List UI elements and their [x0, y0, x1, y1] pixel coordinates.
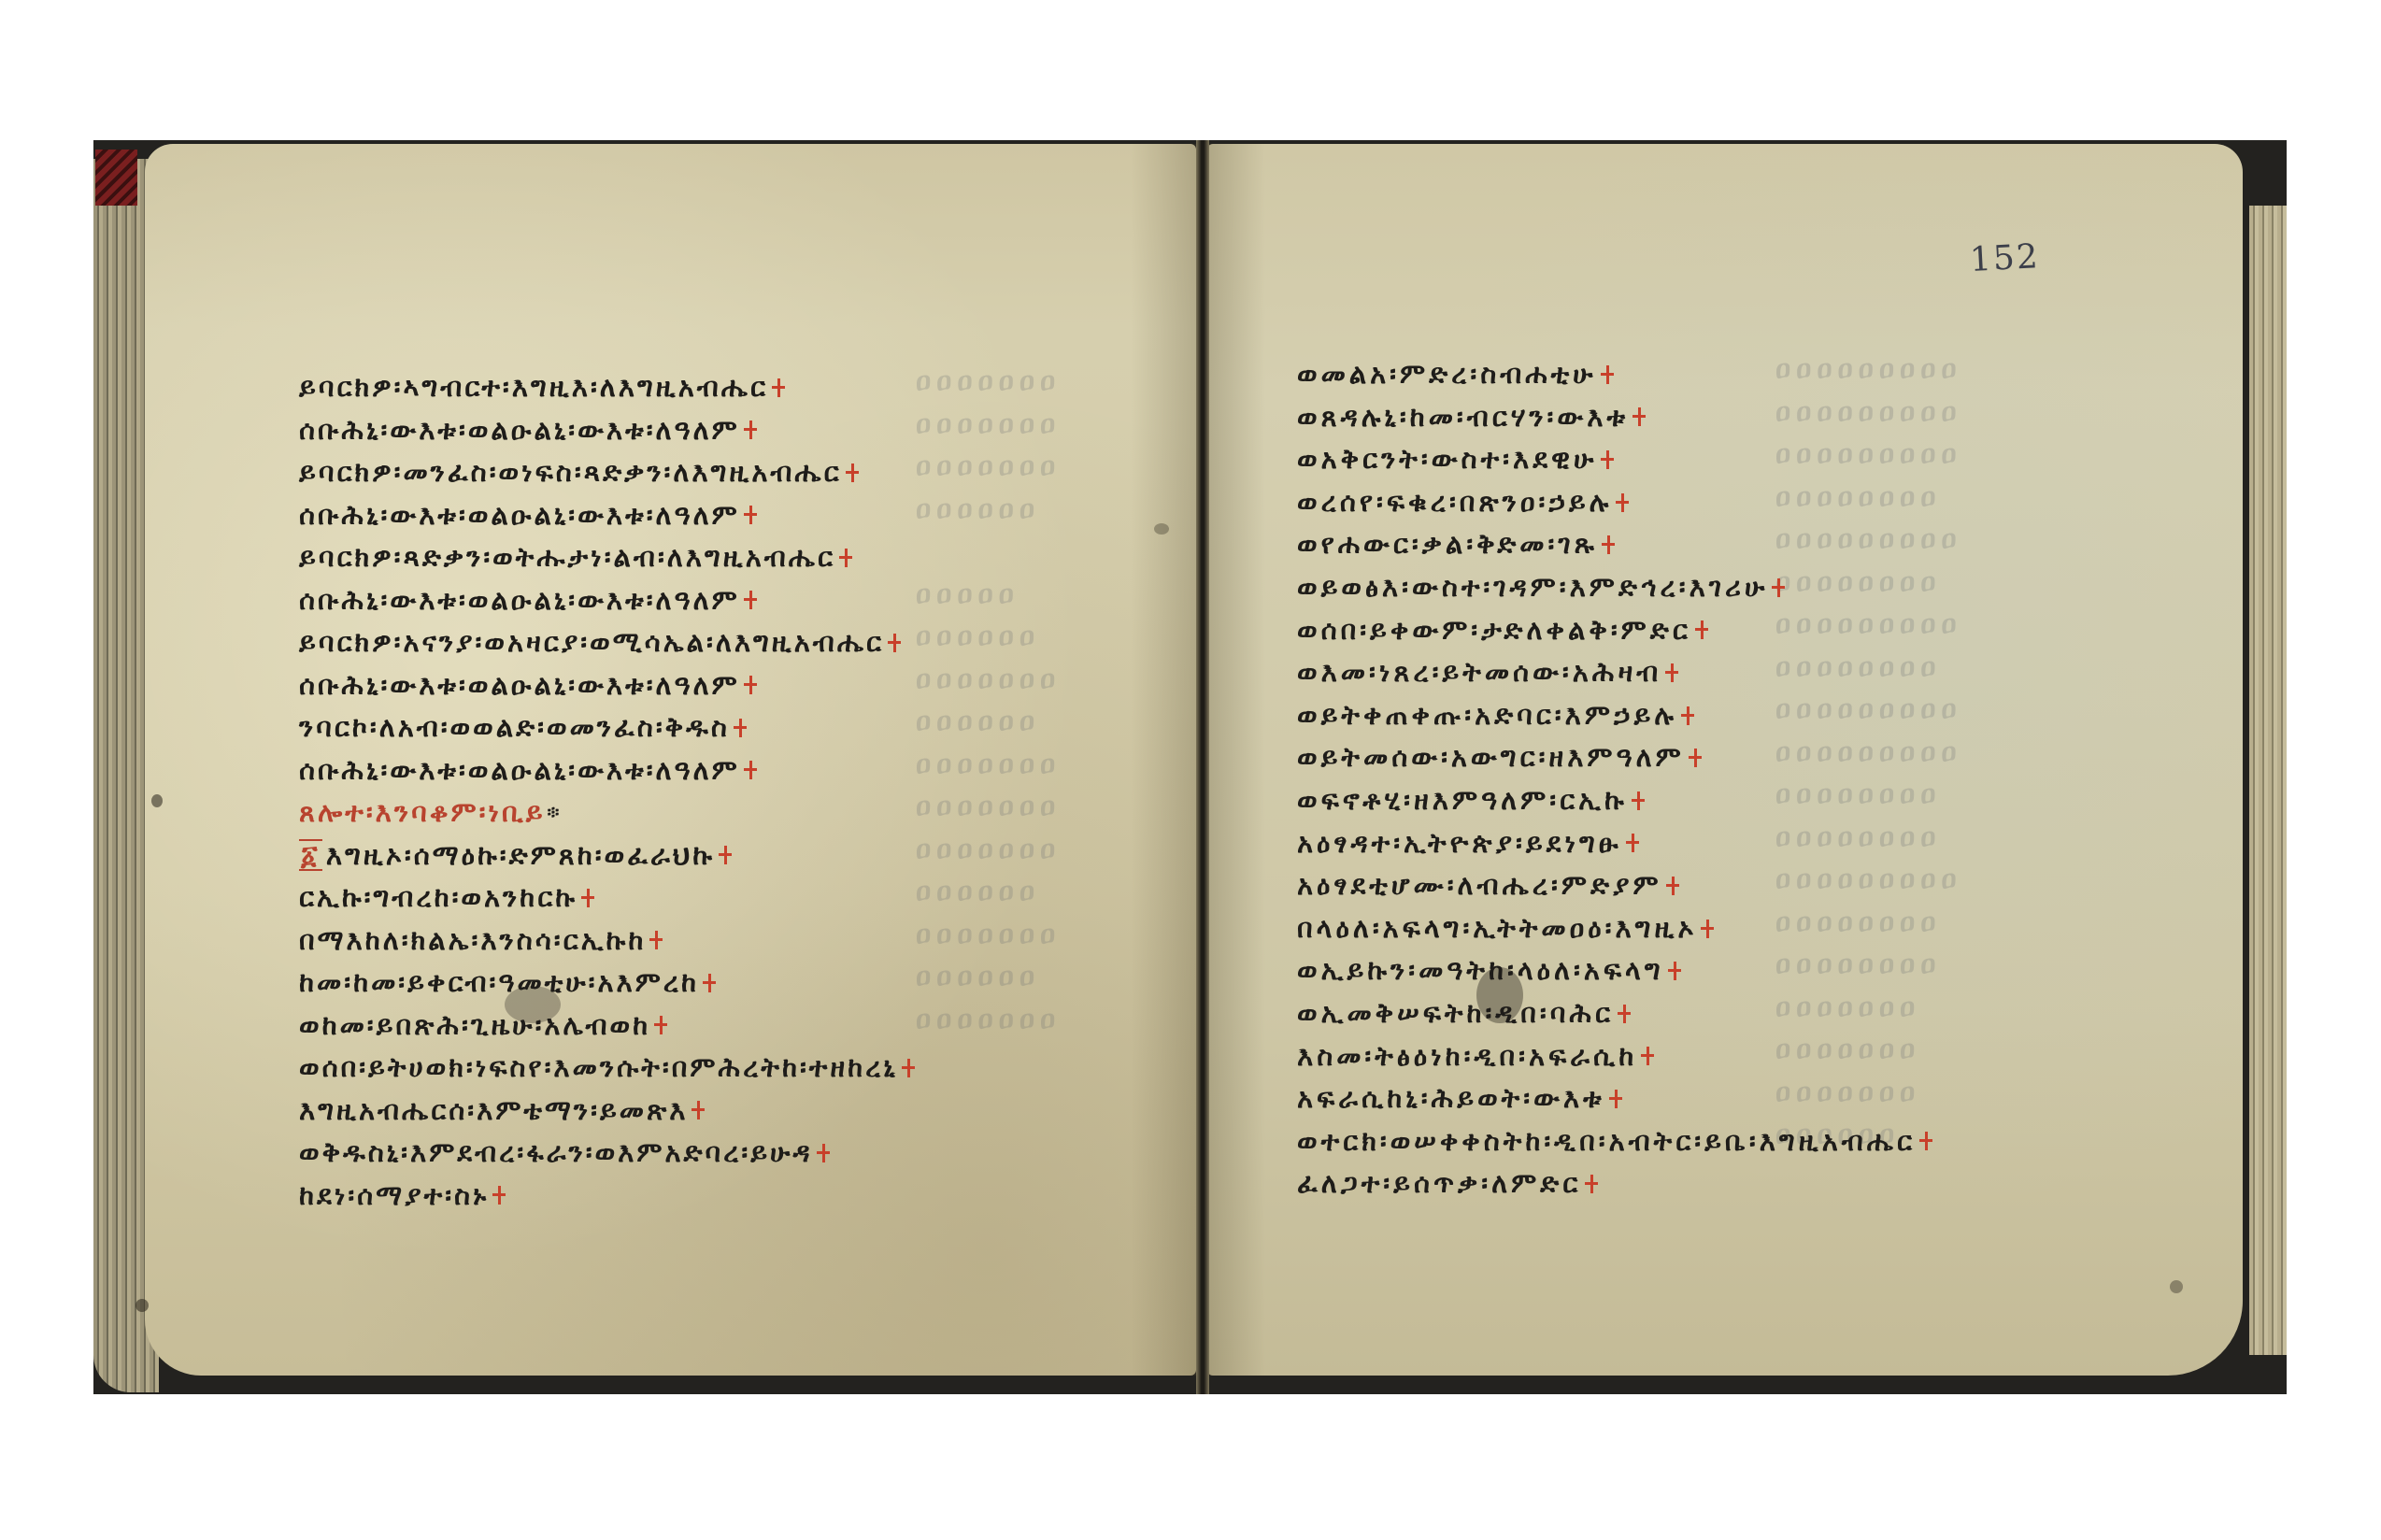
cross-punctuation-icon [839, 549, 852, 567]
text-line: ወከመ፡ይበጽሕ፡ጊዜሁ፡አሌብወከ [299, 1005, 915, 1048]
cross-punctuation-icon [649, 931, 663, 949]
cross-punctuation-icon [654, 1016, 667, 1034]
rubric-text: ጸሎተ፡እንባቆም፡ነቢይ [299, 791, 546, 834]
text-line: ይባርክዎ፡ጻድቃን፡ወትሑታነ፡ልብ፡ለእግዚአብሔር [299, 536, 915, 579]
cross-punctuation-icon [1601, 450, 1614, 469]
folio-number: 152 [1969, 237, 2041, 279]
text-line: ይባርክዎ፡ኣግብርተ፡እግዚእ፡ለእግዚአብሔር [299, 366, 915, 409]
text-line: አዕፃዳተ፡ኢትዮጵያ፡ይደነግፁ [1297, 822, 1932, 865]
cross-punctuation-icon [492, 1186, 506, 1205]
gutter-shadow-left [1131, 144, 1196, 1376]
cross-punctuation-icon [744, 591, 757, 609]
ink-spot [151, 794, 163, 807]
line-text: ወእመ፡ነጸረ፡ይትመሰው፡አሕዛብ [1297, 651, 1661, 694]
text-line: ወእመ፡ነጸረ፡ይትመሰው፡አሕዛብ [1297, 651, 1932, 694]
line-text: ሰቡሕኒ፡ውእቱ፡ወልዑልኒ፡ውእቱ፡ለዓለም [299, 494, 740, 537]
line-text: ወይትመሰው፡አውግር፡ዘእምዓለም [1297, 736, 1685, 779]
cross-punctuation-icon [744, 421, 757, 439]
cross-punctuation-icon [719, 846, 732, 864]
cross-punctuation-icon [1641, 1047, 1654, 1065]
text-line: ሰቡሕኒ፡ውእቱ፡ወልዑልኒ፡ውእቱ፡ለዓለም [299, 664, 915, 707]
line-text: ይባርክዎ፡ኣግብርተ፡እግዚእ፡ለእግዚአብሔር [299, 366, 768, 409]
line-text: አዕፃዳተ፡ኢትዮጵያ፡ይደነግፁ [1297, 822, 1622, 865]
book-gutter [1196, 140, 1209, 1394]
line-text: ወይወፅእ፡ውስተ፡ገዳም፡እምድኅረ፡እገሪሁ [1297, 566, 1768, 609]
line-text: ወጸዳሉኒ፡ከመ፡ብርሃን፡ውእቱ [1297, 396, 1629, 439]
text-line: በላዕለ፡አፍላግ፡ኢትትመዐዕ፡እግዚኦ [1297, 907, 1932, 950]
section-end-glyph: ፨ [548, 791, 563, 834]
rubric-heading: ጸሎተ፡እንባቆም፡ነቢይ፨ [299, 791, 915, 834]
cross-punctuation-icon [1681, 706, 1694, 725]
text-line: ወጸዳሉኒ፡ከመ፡ብርሃን፡ውእቱ [1297, 396, 1932, 439]
line-text: ይባርክዎ፡ጻድቃን፡ወትሑታነ፡ልብ፡ለእግዚአብሔር [299, 536, 835, 579]
line-text: ወኢይኩን፡መዓትከ፡ላዕለ፡አፍላግ [1297, 949, 1664, 992]
text-line: ርኢኩ፡ግብረከ፡ወአንከርኩ [299, 877, 915, 920]
line-text: ወተርክ፡ወሠቀቀስትከ፡ዲበ፡አብትር፡ይቤ፡እግዚአብሔር [1297, 1120, 1916, 1163]
line-text: አፍራሲከኒ፡ሕይወት፡ውእቱ [1297, 1077, 1605, 1120]
line-text: ሰቡሕኒ፡ውእቱ፡ወልዑልኒ፡ውእቱ፡ለዓለም [299, 749, 740, 792]
ink-spot [1154, 523, 1169, 535]
cross-punctuation-icon [1626, 834, 1639, 852]
line-text: ፈለጋተ፡ይሰጥቃ፡ለምድር [1297, 1162, 1581, 1205]
line-text: ከደነ፡ሰማያተ፡ስኑ [299, 1175, 489, 1218]
line-text: ወአቅርንት፡ውስተ፡እደዊሁ [1297, 438, 1597, 481]
cross-punctuation-icon [1695, 620, 1708, 639]
text-line: ሰቡሕኒ፡ውእቱ፡ወልዑልኒ፡ውእቱ፡ለዓለም [299, 494, 915, 537]
line-text: ወቅዱስኒ፡እምደብረ፡ፋራን፡ወእምአድባረ፡ይሁዳ [299, 1132, 813, 1175]
text-line: ወይትመሰው፡አውግር፡ዘእምዓለም [1297, 736, 1932, 779]
line-text: ወመልአ፡ምድረ፡ስብሐቲሁ [1297, 353, 1597, 396]
cross-punctuation-icon [1701, 920, 1714, 938]
line-text: ንባርኮ፡ለአብ፡ወወልድ፡ወመንፈስ፡ቅዱስ [299, 706, 730, 749]
cross-punctuation-icon [1601, 365, 1614, 384]
text-line: ወቅዱስኒ፡እምደብረ፡ፋራን፡ወእምአድባረ፡ይሁዳ [299, 1132, 915, 1175]
text-line: ወፍኖቶሂ፡ዘእምዓለም፡ርኢኩ [1297, 779, 1932, 822]
cross-punctuation-icon [1919, 1132, 1932, 1150]
cross-punctuation-icon [1616, 493, 1629, 512]
text-line: ወተርክ፡ወሠቀቀስትከ፡ዲበ፡አብትር፡ይቤ፡እግዚአብሔር [1297, 1120, 1932, 1163]
text-line: ከደነ፡ሰማያተ፡ስኑ [299, 1175, 915, 1218]
cross-punctuation-icon [1665, 663, 1678, 682]
text-line: ወረሰየ፡ፍቁረ፡በጽንዐ፡ኃይሉ [1297, 481, 1932, 524]
cross-punctuation-icon [1609, 1090, 1622, 1108]
line-text: ወየሐውር፡ቃል፡ቅድመ፡ገጹ [1297, 523, 1598, 566]
cross-punctuation-icon [734, 719, 747, 737]
left-page-text: ይባርክዎ፡ኣግብርተ፡እግዚእ፡ለእግዚአብሔር ሰቡሕኒ፡ውእቱ፡ወልዑልኒ… [299, 366, 915, 1217]
text-line: ከመ፡ከመ፡ይቀርብ፡ዓመቲሁ፡አእምረከ [299, 962, 915, 1005]
line-text: ይባርክዎ፡አናንያ፡ወአዛርያ፡ወሚሳኤል፡ለእግዚአብሔር [299, 621, 884, 664]
text-line: ወይወፅእ፡ውስተ፡ገዳም፡እምድኅረ፡እገሪሁ [1297, 566, 1932, 609]
verse-number: ፩ [299, 839, 322, 871]
cross-punctuation-icon [1632, 791, 1645, 810]
text-line: አፍራሲከኒ፡ሕይወት፡ውእቱ [1297, 1077, 1932, 1120]
cross-punctuation-icon [744, 761, 757, 779]
line-text: ሰቡሕኒ፡ውእቱ፡ወልዑልኒ፡ውእቱ፡ለዓለም [299, 664, 740, 707]
ink-spot [135, 1299, 149, 1312]
text-line: ንባርኮ፡ለአብ፡ወወልድ፡ወመንፈስ፡ቅዱስ [299, 706, 915, 749]
text-line: በማእከለ፡ክልኤ፡እንስሳ፡ርኢኩከ [299, 920, 915, 962]
line-text: እስመ፡ትፅዕነከ፡ዲበ፡አፍራሲከ [1297, 1035, 1637, 1078]
line-text: አዕፃደቲሆሙ፡ለብሔረ፡ምድያም [1297, 864, 1662, 907]
text-line: አዕፃደቲሆሙ፡ለብሔረ፡ምድያም [1297, 864, 1932, 907]
text-line: ሰቡሕኒ፡ውእቱ፡ወልዑልኒ፡ውእቱ፡ለዓለም [299, 579, 915, 622]
text-line: ሰቡሕኒ፡ውእቱ፡ወልዑልኒ፡ውእቱ፡ለዓለም [299, 749, 915, 792]
line-text: ወረሰየ፡ፍቁረ፡በጽንዐ፡ኃይሉ [1297, 481, 1612, 524]
line-text: ወሰበ፡ይቀውም፡ታድለቀልቅ፡ምድር [1297, 609, 1691, 652]
line-text: ወኢመቅሠፍትከ፡ዲበ፡ባሕር [1297, 992, 1614, 1035]
text-line: እስመ፡ትፅዕነከ፡ዲበ፡አፍራሲከ [1297, 1035, 1932, 1078]
text-line: ፩እግዚኦ፡ሰማዕኩ፡ድምጸከ፡ወፈራህኩ [299, 834, 915, 877]
cross-punctuation-icon [902, 1059, 915, 1077]
text-line: ወየሐውር፡ቃል፡ቅድመ፡ገጹ [1297, 523, 1932, 566]
line-text: እግዚኦ፡ሰማዕኩ፡ድምጸከ፡ወፈራህኩ [326, 834, 715, 877]
text-line: ወሰበ፡ይትሀወክ፡ነፍስየ፡እመንሱት፡በምሕረትከ፡ተዘከረኒ [299, 1047, 915, 1090]
text-line: ወኢይኩን፡መዓትከ፡ላዕለ፡አፍላግ [1297, 949, 1932, 992]
text-line: ወአቅርንት፡ውስተ፡እደዊሁ [1297, 438, 1932, 481]
gutter-shadow-right [1209, 144, 1265, 1376]
text-line: ይባርክዎ፡አናንያ፡ወአዛርያ፡ወሚሳኤል፡ለእግዚአብሔር [299, 621, 915, 664]
right-page-text: ወመልአ፡ምድረ፡ስብሐቲሁ ወጸዳሉኒ፡ከመ፡ብርሃን፡ውእቱ ወአቅርንት፡… [1297, 353, 1932, 1205]
cross-punctuation-icon [1772, 578, 1785, 597]
text-line: ሰቡሕኒ፡ውእቱ፡ወልዑልኒ፡ውእቱ፡ለዓለም [299, 409, 915, 452]
text-line: እግዚአብሔርሰ፡እምቴማን፡ይመጽእ [299, 1090, 915, 1133]
binding-ribbon [95, 150, 137, 206]
text-line: ወመልአ፡ምድረ፡ስብሐቲሁ [1297, 353, 1932, 396]
cross-punctuation-icon [703, 974, 716, 992]
line-text: በማእከለ፡ክልኤ፡እንስሳ፡ርኢኩከ [299, 920, 646, 962]
line-text: ወከመ፡ይበጽሕ፡ጊዜሁ፡አሌብወከ [299, 1005, 650, 1048]
show-through-text-left: ዐዐዐዐዐዐዐ ዐዐዐዐዐዐዐ ዐዐዐዐዐዐዐ ዐዐዐዐዐዐ ዐዐዐዐዐ ዐዐዐ… [916, 360, 1061, 1040]
line-text: ወፍኖቶሂ፡ዘእምዓለም፡ርኢኩ [1297, 779, 1628, 822]
cross-punctuation-icon [744, 506, 757, 524]
line-text: ሰቡሕኒ፡ውእቱ፡ወልዑልኒ፡ውእቱ፡ለዓለም [299, 579, 740, 622]
line-text: እግዚአብሔርሰ፡እምቴማን፡ይመጽእ [299, 1090, 688, 1133]
cross-punctuation-icon [772, 378, 785, 397]
line-text: ከመ፡ከመ፡ይቀርብ፡ዓመቲሁ፡አእምረከ [299, 962, 699, 1005]
cross-punctuation-icon [691, 1101, 705, 1119]
text-line: ይባርክዎ፡መንፈስ፡ወነፍስ፡ጻድቃን፡ለእግዚአብሔር [299, 451, 915, 494]
cross-punctuation-icon [1632, 407, 1646, 426]
cross-punctuation-icon [846, 463, 859, 482]
cross-punctuation-icon [1689, 749, 1702, 767]
ink-spot [2170, 1280, 2183, 1293]
page-stack-right-edge [2249, 206, 2287, 1355]
line-text: ወሰበ፡ይትሀወክ፡ነፍስየ፡እመንሱት፡በምሕረትከ፡ተዘከረኒ [299, 1047, 898, 1090]
text-line: ወሰበ፡ይቀውም፡ታድለቀልቅ፡ምድር [1297, 609, 1932, 652]
cross-punctuation-icon [744, 676, 757, 694]
line-text: ርኢኩ፡ግብረከ፡ወአንከርኩ [299, 877, 577, 920]
text-line: ወይትቀጠቀጡ፡አድባር፡እምኃይሉ [1297, 694, 1932, 737]
text-line: ፈለጋተ፡ይሰጥቃ፡ለምድር [1297, 1162, 1932, 1205]
line-text: ይባርክዎ፡መንፈስ፡ወነፍስ፡ጻድቃን፡ለእግዚአብሔር [299, 451, 842, 494]
cross-punctuation-icon [817, 1144, 830, 1162]
text-line: ወኢመቅሠፍትከ፡ዲበ፡ባሕር [1297, 992, 1932, 1035]
cross-punctuation-icon [888, 634, 901, 652]
line-text: በላዕለ፡አፍላግ፡ኢትትመዐዕ፡እግዚኦ [1297, 907, 1697, 950]
cross-punctuation-icon [1618, 1005, 1631, 1023]
cross-punctuation-icon [1666, 877, 1679, 895]
cross-punctuation-icon [1668, 962, 1681, 980]
cross-punctuation-icon [1602, 535, 1615, 554]
line-text: ወይትቀጠቀጡ፡አድባር፡እምኃይሉ [1297, 694, 1677, 737]
cross-punctuation-icon [581, 889, 594, 907]
cross-punctuation-icon [1585, 1175, 1598, 1193]
line-text: ሰቡሕኒ፡ውእቱ፡ወልዑልኒ፡ውእቱ፡ለዓለም [299, 409, 740, 452]
